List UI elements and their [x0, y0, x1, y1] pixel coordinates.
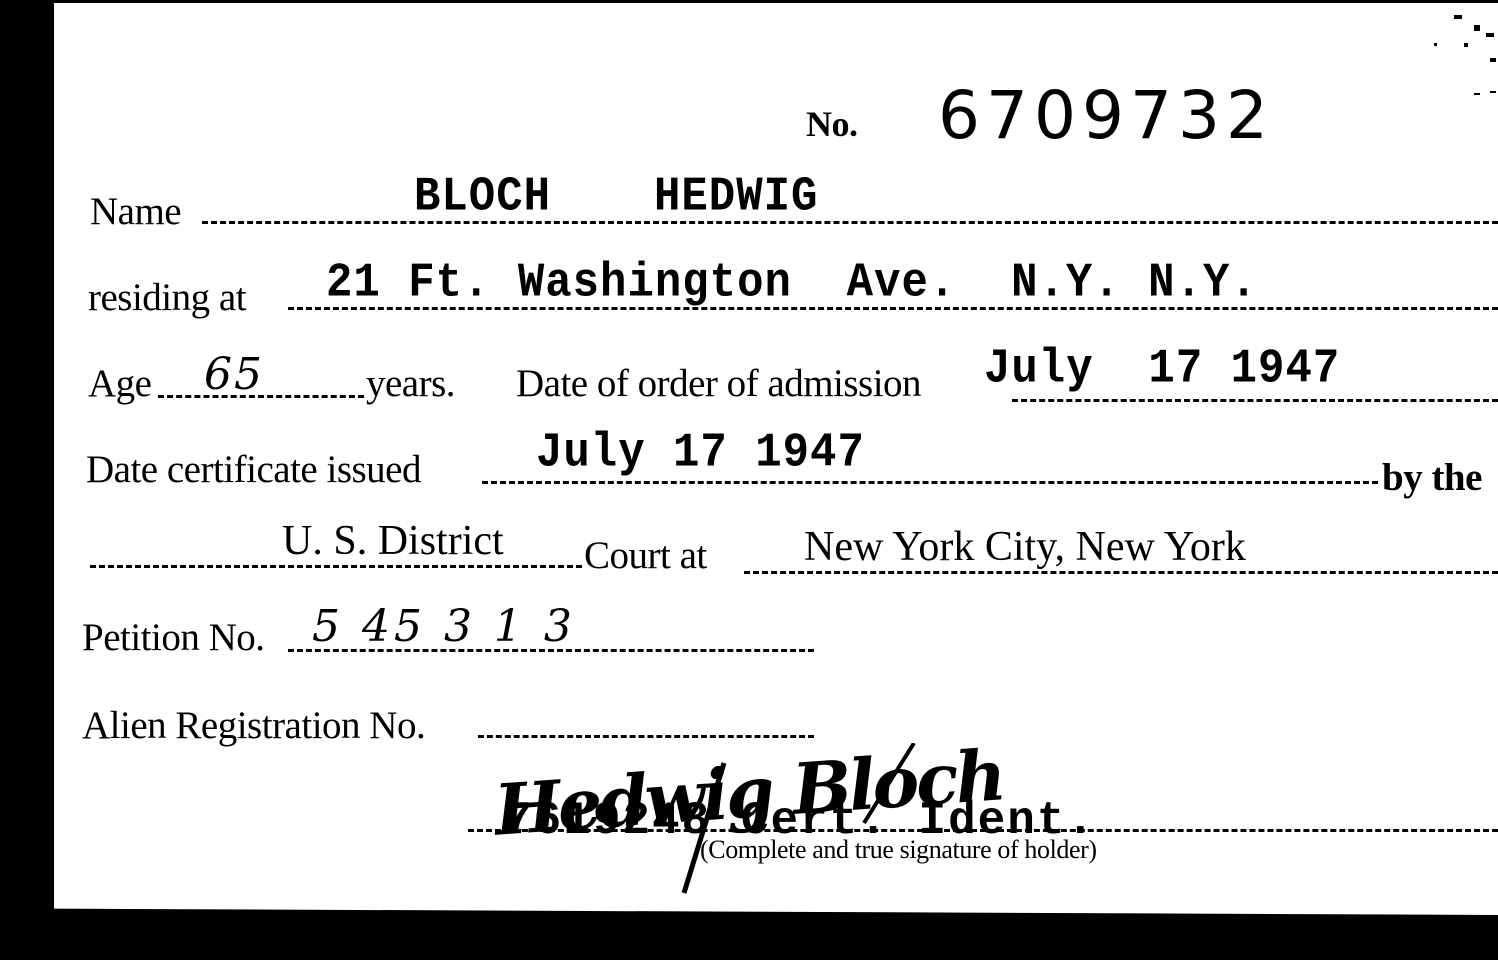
residence-value: 21 Ft. Washington Ave. N.Y. N.Y. [326, 256, 1258, 311]
residence-label: residing at [88, 275, 246, 320]
court-location-underline [744, 571, 1498, 574]
scan-speckle [1490, 91, 1496, 93]
admission-label: Date of order of admission [516, 361, 921, 406]
scan-speckle [1486, 33, 1494, 37]
alien-registration-label: Alien Registration No. [82, 703, 425, 748]
given-name-value: HEDWIG [654, 170, 818, 225]
court-name-underline [90, 565, 582, 568]
age-suffix: years. [366, 361, 455, 406]
age-value: 65 [204, 349, 264, 400]
admission-underline [1012, 399, 1498, 402]
issued-underline [482, 481, 1378, 484]
court-location-value: New York City, New York [804, 523, 1246, 571]
court-at-label: Court at [584, 533, 707, 578]
petition-value: 5 45 3 1 3 [312, 601, 576, 652]
signature-stroke-icon [614, 743, 934, 903]
name-label: Name [90, 189, 181, 234]
age-label: Age [88, 361, 151, 406]
naturalization-certificate-card: No. 6709732 Name BLOCH HEDWIG residing a… [54, 3, 1498, 915]
surname-value: BLOCH [414, 170, 551, 225]
alien-registration-underline [478, 735, 814, 738]
certificate-number-value: 6709732 [938, 77, 1274, 154]
admission-value: July 17 1947 [984, 342, 1340, 397]
scan-speckle [1474, 93, 1480, 95]
name-underline [202, 221, 1498, 224]
scan-speckle [1434, 43, 1437, 46]
certificate-number-label: No. [806, 103, 858, 145]
scan-speckle [1490, 58, 1496, 62]
signature-caption: (Complete and true signature of holder) [700, 835, 1097, 865]
issued-suffix: by the [1382, 455, 1482, 500]
scan-speckle [1474, 25, 1480, 31]
scan-speckle [1464, 43, 1468, 47]
scan-speckle [1454, 15, 1462, 19]
court-name-value: U. S. District [282, 517, 504, 565]
petition-label: Petition No. [82, 615, 265, 660]
issued-label: Date certificate issued [86, 447, 421, 492]
issued-value: July 17 1947 [536, 426, 865, 481]
